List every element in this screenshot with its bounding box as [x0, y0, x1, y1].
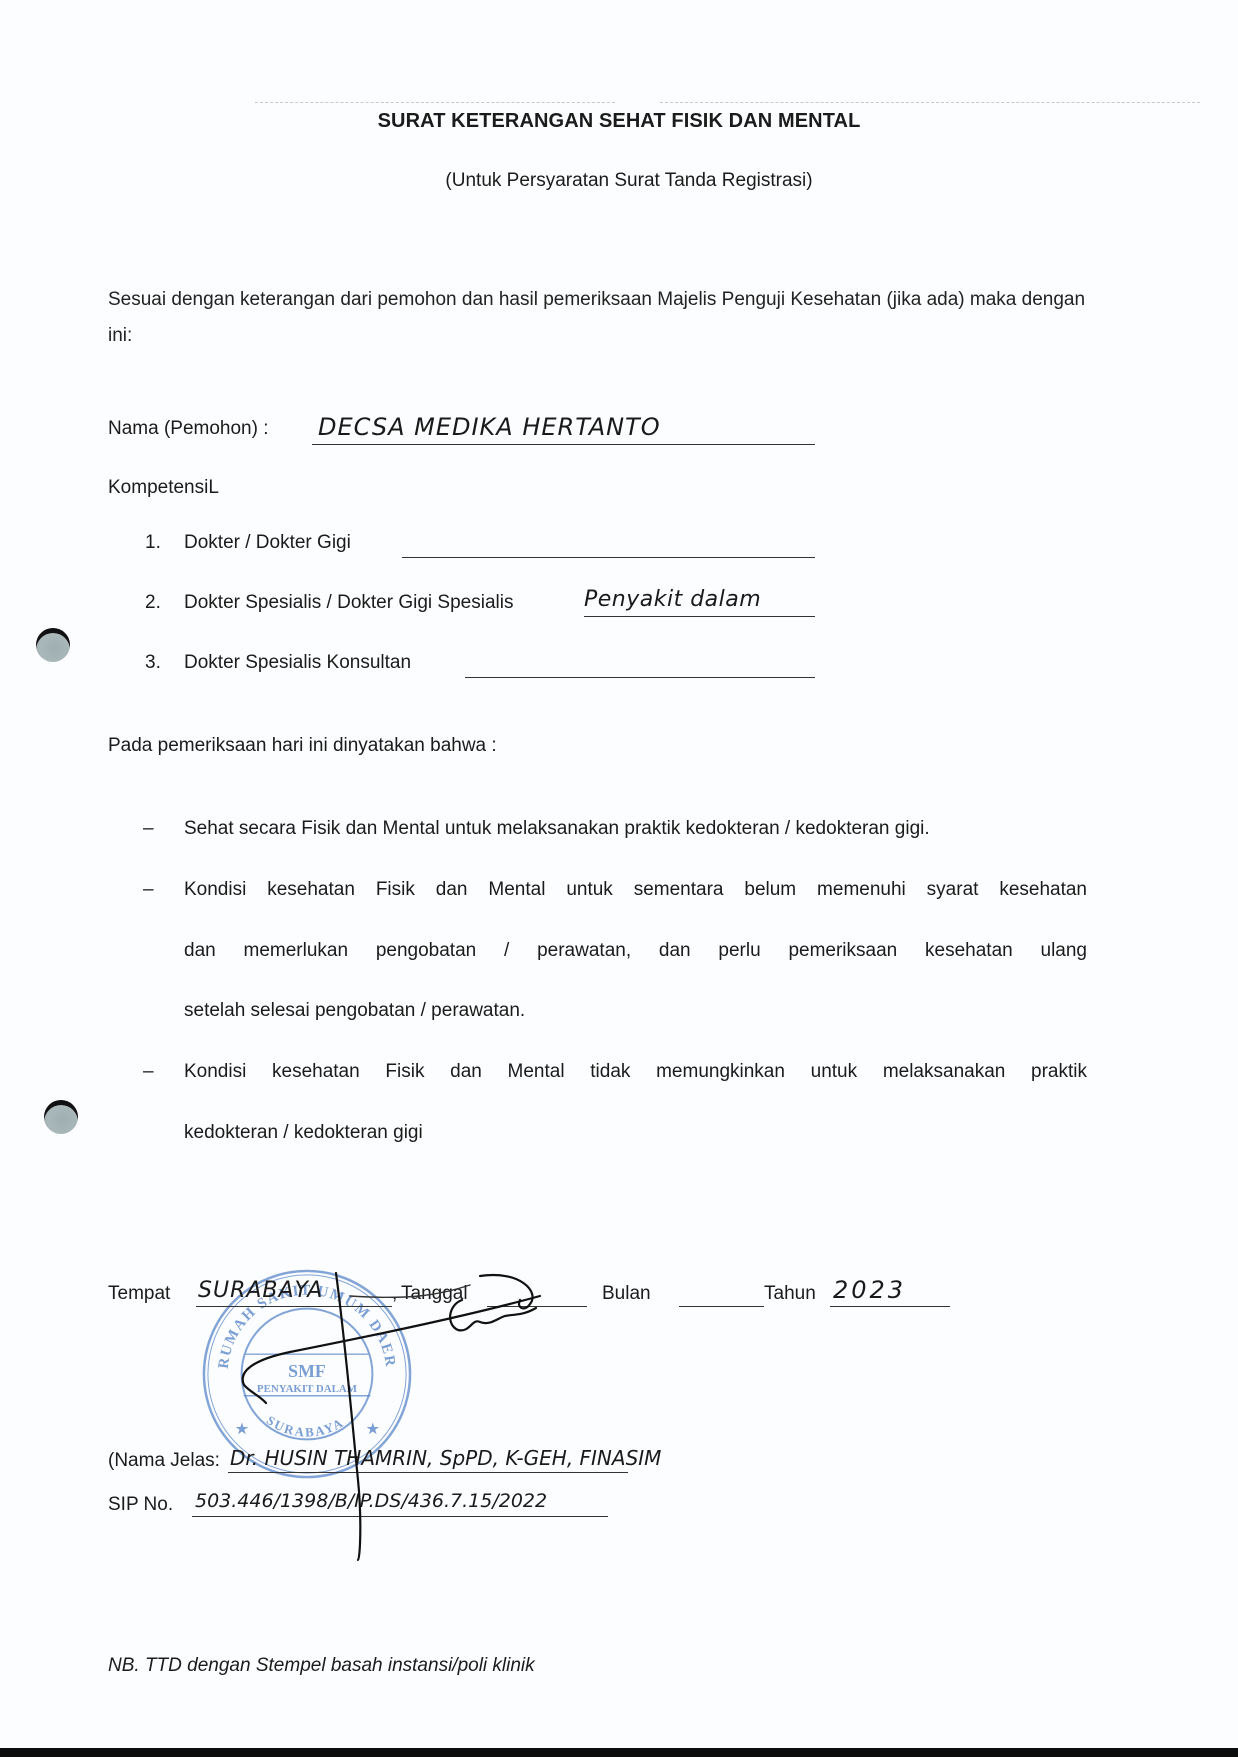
- stamp-star-icon: ★: [236, 1421, 249, 1437]
- competency-item-2-line: [584, 616, 815, 617]
- punch-hole: [36, 628, 70, 662]
- statement-1-line-1: Sehat secara Fisik dan Mental untuk mela…: [184, 818, 1087, 840]
- stamp-center-bottom: PENYAKIT DALAM: [257, 1383, 357, 1395]
- document-page: SURAT KETERANGAN SEHAT FISIK DAN MENTAL …: [0, 0, 1238, 1748]
- competency-item-2-value[interactable]: Penyakit dalam: [584, 587, 761, 612]
- year-value[interactable]: 2023: [833, 1276, 906, 1304]
- sip-line: [192, 1516, 608, 1517]
- place-value[interactable]: SURABAYA: [198, 1278, 323, 1303]
- document-subtitle: (Untuk Persyaratan Surat Tanda Registras…: [0, 170, 1238, 192]
- place-comma: ,: [392, 1283, 397, 1305]
- month-label: Bulan: [602, 1283, 651, 1305]
- doctor-name-value[interactable]: Dr. HUSIN THAMRIN, SpPD, K-GEH, FINASIM: [230, 1446, 661, 1470]
- scan-artifact-line: [255, 102, 615, 103]
- competency-label: KompetensiL: [108, 477, 219, 499]
- statement-2-line-2: dan memerlukan pengobatan / perawatan, d…: [184, 940, 1087, 962]
- year-label: Tahun: [764, 1283, 816, 1305]
- competency-item-1-line[interactable]: [402, 557, 815, 558]
- doctor-name-line: [228, 1472, 628, 1473]
- punch-hole: [44, 1100, 78, 1134]
- stamp-star-icon: ★: [366, 1421, 379, 1437]
- competency-number-2: 2.: [145, 592, 161, 614]
- statement-2-line-1: Kondisi kesehatan Fisik dan Mental untuk…: [184, 879, 1087, 901]
- month-line[interactable]: [679, 1306, 764, 1307]
- svg-text:SURABAYA: SURABAYA: [264, 1413, 347, 1439]
- intro-paragraph: Sesuai dengan keterangan dari pemohon da…: [108, 282, 1088, 354]
- stamp-center-top: SMF: [288, 1361, 326, 1381]
- competency-number-1: 1.: [145, 532, 161, 554]
- sip-label: SIP No.: [108, 1494, 173, 1516]
- scan-artifact-line: [660, 102, 1200, 103]
- competency-item-3-line[interactable]: [465, 677, 815, 678]
- place-line: [196, 1306, 392, 1307]
- applicant-name-line: [312, 444, 815, 445]
- scan-bottom-edge: [0, 1748, 1238, 1757]
- applicant-name-label: Nama (Pemohon) :: [108, 418, 269, 440]
- statement-bullet: –: [143, 879, 154, 901]
- date-line[interactable]: [487, 1306, 587, 1307]
- statement-3-line-1: Kondisi kesehatan Fisik dan Mental tidak…: [184, 1061, 1087, 1083]
- competency-item-3-label: Dokter Spesialis Konsultan: [184, 652, 411, 674]
- footer-note: NB. TTD dengan Stempel basah instansi/po…: [108, 1655, 535, 1677]
- competency-item-1-label: Dokter / Dokter Gigi: [184, 532, 351, 554]
- sip-value[interactable]: 503.446/1398/B/IP.DS/436.7.15/2022: [195, 1490, 547, 1512]
- year-line: [830, 1306, 950, 1307]
- statement-bullet: –: [143, 818, 154, 840]
- statement-3-line-2: kedokteran / kedokteran gigi: [184, 1122, 1087, 1144]
- document-title: SURAT KETERANGAN SEHAT FISIK DAN MENTAL: [0, 110, 1238, 133]
- competency-number-3: 3.: [145, 652, 161, 674]
- examination-intro: Pada pemeriksaan hari ini dinyatakan bah…: [108, 735, 497, 757]
- stamp-bottom-text: SURABAYA: [264, 1413, 347, 1439]
- place-label: Tempat: [108, 1283, 170, 1305]
- date-label: Tanggal: [401, 1283, 468, 1305]
- competency-item-2-label: Dokter Spesialis / Dokter Gigi Spesialis: [184, 592, 513, 614]
- statement-2-line-3: setelah selesai pengobatan / perawatan.: [184, 1000, 1087, 1022]
- applicant-name-value[interactable]: DECSA MEDIKA HERTANTO: [318, 413, 661, 441]
- doctor-name-label: (Nama Jelas:: [108, 1450, 220, 1472]
- statement-bullet: –: [143, 1061, 154, 1083]
